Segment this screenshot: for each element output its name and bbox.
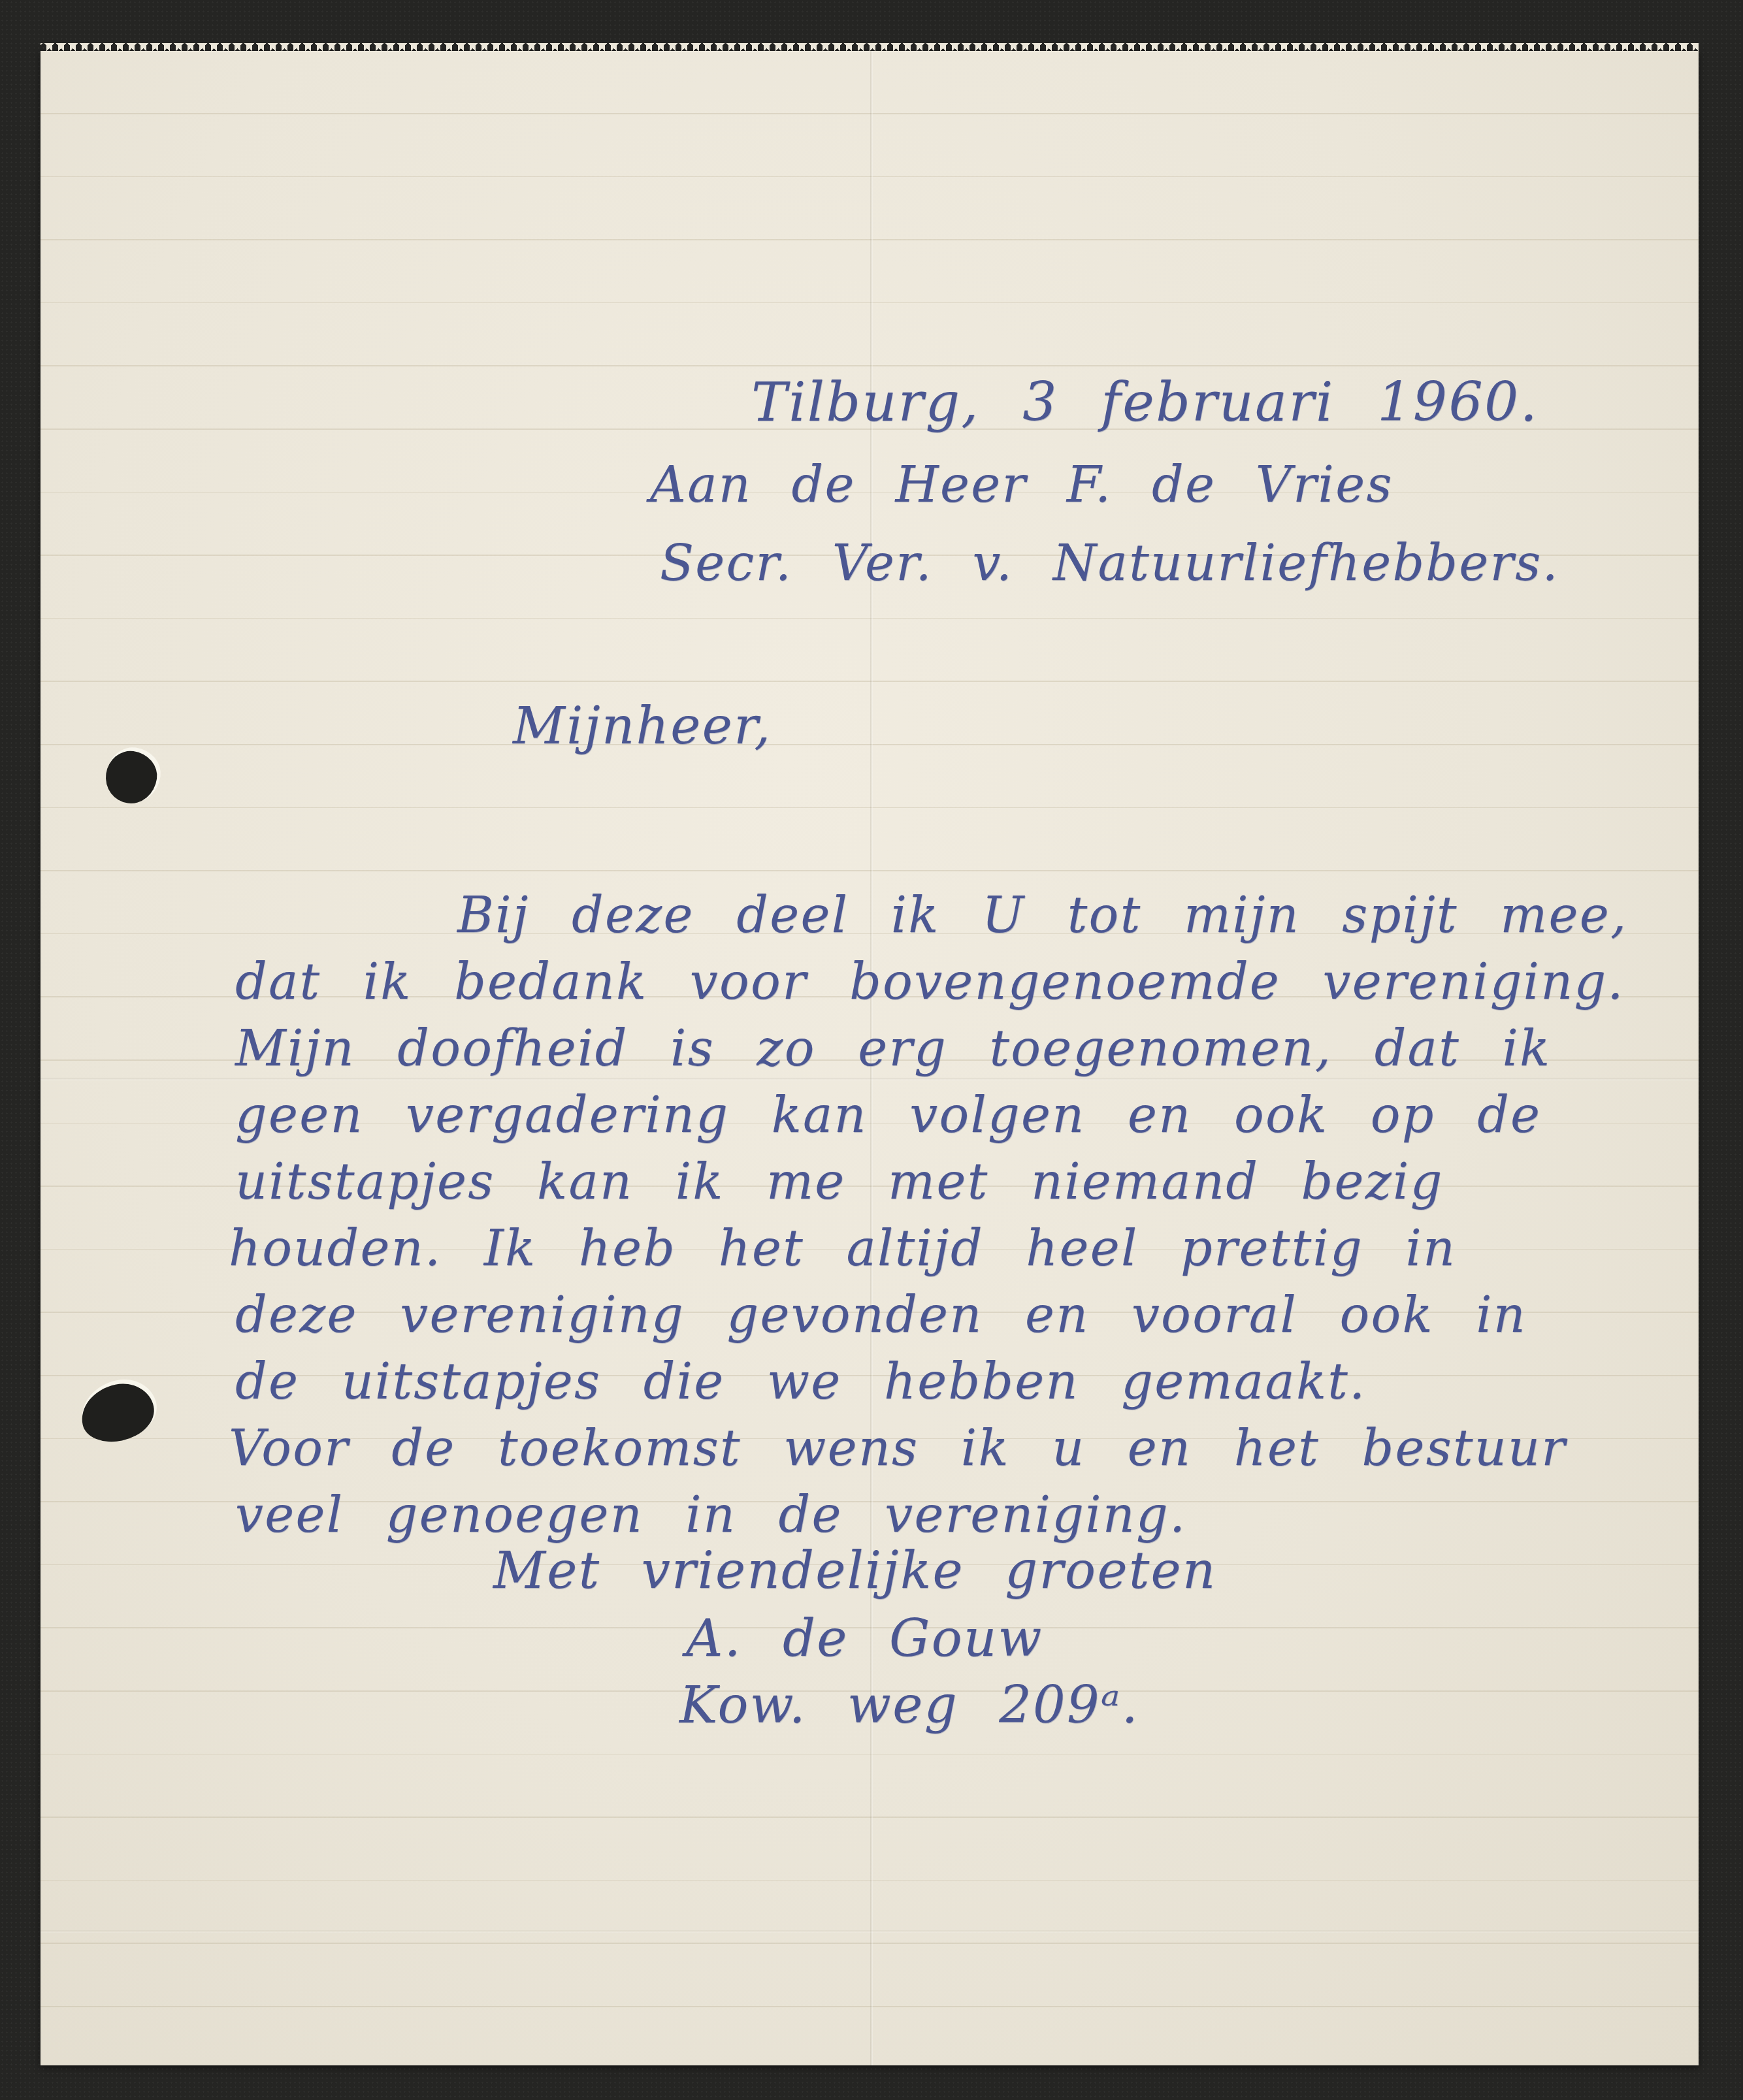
body-line: dat ik bedank voor bovengenoemde verenig… — [235, 957, 1625, 1007]
body-line: Bij deze deel ik U tot mijn spijt mee, — [457, 890, 1628, 940]
body-line: deze vereniging gevonden en vooral ook i… — [235, 1290, 1527, 1340]
body-line: geen vergadering kan volgen en ook op de — [235, 1090, 1541, 1140]
letter-paper: Tilburg, 3 februari 1960. Aan de Heer F.… — [41, 51, 1699, 2065]
body-line: houden. Ik heb het altijd heel prettig i… — [229, 1223, 1456, 1273]
body-line: Voor de toekomst wens ik u en het bestuu… — [229, 1423, 1567, 1473]
torn-top-edge — [41, 43, 1699, 52]
place-date-line: Tilburg, 3 februari 1960. — [751, 376, 1539, 430]
horizontal-fold-crease-lower — [41, 1930, 1699, 1933]
recipient-line-1: Aan de Heer F. de Vries — [650, 460, 1393, 509]
punch-hole-bottom — [76, 1378, 159, 1447]
scan-background: { "scan": { "background_color": "#252523… — [0, 0, 1743, 2100]
punch-hole-top — [103, 748, 160, 807]
body-line: de uitstapjes die we hebben gemaakt. — [235, 1357, 1367, 1406]
horizontal-fold-crease — [41, 1078, 1699, 1080]
closing-line: Met vriendelijke groeten — [493, 1545, 1217, 1596]
address-line: Kow. weg 209ᵃ. — [679, 1680, 1139, 1731]
body-line: uitstapjes kan ik me met niemand bezig — [235, 1157, 1444, 1206]
body-line: Mijn doofheid is zo erg toegenomen, dat … — [235, 1024, 1551, 1073]
recipient-line-2: Secr. Ver. v. Natuurliefhebbers. — [660, 538, 1559, 588]
signature: A. de Gouw — [686, 1613, 1043, 1664]
body-line: veel genoegen in de vereniging. — [235, 1490, 1186, 1540]
salutation: Mijnheer, — [513, 701, 772, 752]
